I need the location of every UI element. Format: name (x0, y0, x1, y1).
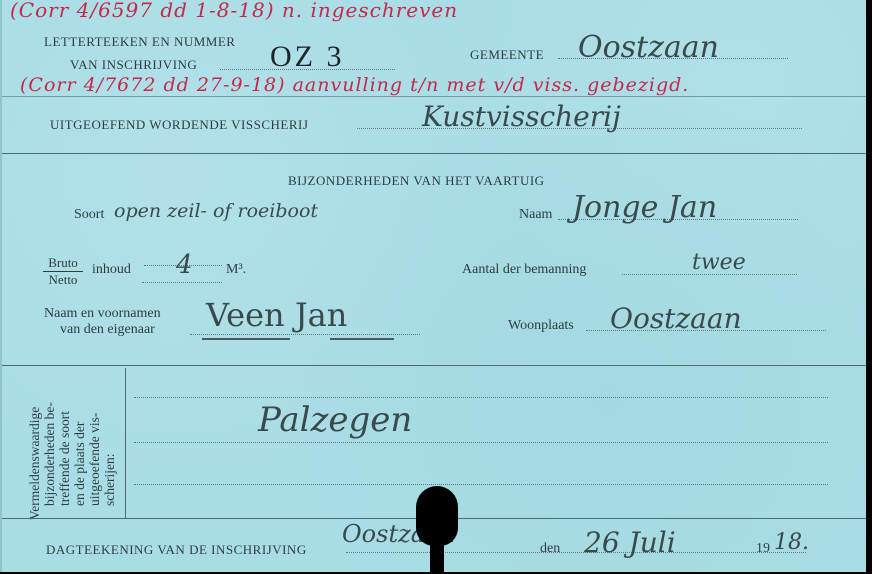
owner-underline-1 (202, 338, 290, 340)
residence-label: Woonplaats (508, 318, 574, 334)
municipality-value: Oostzaan (578, 30, 719, 65)
notes-label-line: uitgeoefende vis- (87, 372, 102, 520)
registration-number: OZ 3 (270, 40, 345, 74)
notes-label-line: bijzonderheden be- (42, 372, 57, 520)
net-label: Netto (49, 272, 78, 287)
annotation-correction-1: (Corr 4/6597 dd 1-8-18) n. ingeschreven (10, 0, 458, 22)
notes-label-line: treffende de soort (57, 372, 72, 520)
annotation-correction-2: (Corr 4/7672 dd 27-9-18) aanvulling t/n … (20, 74, 689, 96)
section-divider-top (2, 153, 868, 154)
fishery-label: UITGEOEFEND WORDENDE VISSCHERIJ (50, 117, 308, 133)
section-divider-notes (2, 365, 868, 366)
vessel-section-title: BIJZONDERHEDEN VAN HET VAARTUIG (288, 173, 545, 189)
gross-net-fraction: Bruto Netto (43, 255, 83, 288)
capacity-value: 4 (176, 250, 193, 280)
punch-hole (416, 486, 458, 572)
capacity-label: inhoud (92, 262, 131, 278)
notes-dotted-line-1 (134, 397, 828, 398)
vessel-name-label: Naam (519, 207, 552, 223)
owner-value: Veen Jan (206, 296, 347, 334)
municipality-label: GEMEENTE (470, 47, 544, 63)
notes-dotted-line-2 (134, 442, 828, 443)
divider-line (2, 96, 868, 97)
owner-label-line2: van den eigenaar (60, 322, 155, 338)
date-dotted-line (346, 552, 806, 553)
owner-underline-2 (330, 338, 394, 340)
crew-value: twee (692, 250, 746, 275)
den-label: den (540, 541, 560, 557)
vessel-type-label: Soort (74, 207, 104, 223)
capacity-unit: M³. (226, 262, 246, 278)
vessel-name-value: Jonge Jan (572, 190, 717, 225)
date-label: DAGTEEKENING VAN DE INSCHRIJVING (46, 542, 307, 558)
gross-label: Bruto (43, 255, 83, 272)
residence-value: Oostzaan (610, 302, 742, 335)
notes-value: Palzegen (258, 400, 412, 440)
scan-border-right (866, 0, 872, 574)
year-suffix: 18. (774, 530, 809, 555)
notes-label-line: scherijen: (102, 372, 117, 520)
notes-vertical-divider (125, 368, 126, 518)
year-prefix: 19 (756, 541, 770, 557)
capacity-dotted-line-bottom (142, 282, 222, 283)
registration-card: (Corr 4/6597 dd 1-8-18) n. ingeschreven … (0, 0, 868, 572)
owner-label-line1: Naam en voornamen (44, 306, 161, 322)
notes-dotted-line-3 (134, 484, 828, 485)
registration-date: 26 Juli (584, 526, 676, 559)
vessel-type-value: open zeil- of roeiboot (114, 200, 318, 222)
fishery-value: Kustvisscherij (422, 100, 621, 133)
owner-dotted-line (190, 334, 420, 335)
notes-label-line: en de plaats der (72, 372, 87, 520)
notes-label-line: Vermeldenswaardige (27, 372, 42, 520)
registration-label-line2: VAN INSCHRIJVING (70, 57, 197, 73)
registration-label-line1: LETTERTEEKEN EN NUMMER (44, 34, 235, 50)
crew-label: Aantal der bemanning (462, 262, 586, 278)
notes-side-label: Vermeldenswaardige bijzonderheden be- tr… (22, 372, 122, 520)
